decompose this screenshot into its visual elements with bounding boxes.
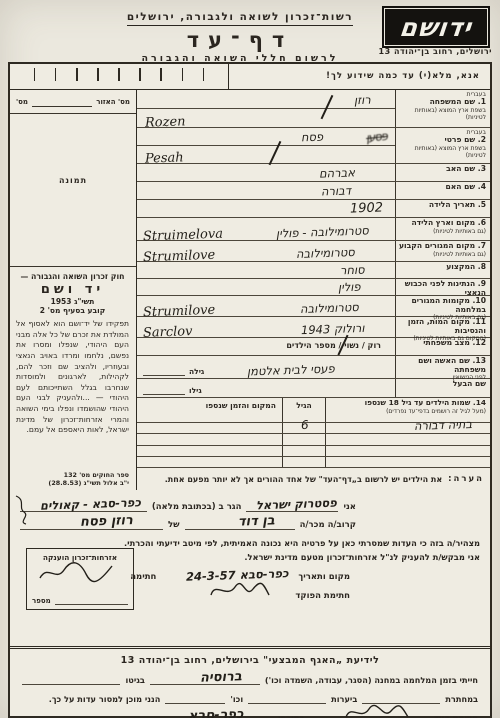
declaration-section: אני פסטרוק ישראל הגר ב (בכתובת מלאה) כפר… <box>10 490 490 646</box>
field-birth-date: 5. תאריך הלידה 1902 <box>137 200 490 218</box>
form-body: אנא, מלא(י) עד כמה שידוע לך! בעברית <box>8 62 492 718</box>
family-name-label: 1. שם המשפחה <box>398 98 486 107</box>
profession-label: 8. המקצוע <box>398 263 486 272</box>
fields-and-sidebar: בעברית 1. שם המשפחה בשפת ארץ המוצא (באות… <box>10 90 490 490</box>
camp-line: חייתי בזמן המלחמה במחנה (הסגר, עבודה, הש… <box>22 675 478 685</box>
field-marital-status: 12. מצב משפחתי רוק / נשוי / מספר הילדים <box>137 338 490 356</box>
husband-age-label: גילו <box>189 386 202 395</box>
residence-label: הגר ב (בכתובת מלאה) <box>152 502 242 512</box>
law-body-text: תפקידו של יד־ושם הוא לאסוף אל המולדת את … <box>16 319 129 436</box>
blank-line: רוזן פסח <box>20 519 163 530</box>
granted-number-row: מספר <box>32 596 128 605</box>
wife-age-blank: גילה <box>143 367 204 376</box>
write-line: רוק / נשוי / מספר הילדים <box>137 338 395 355</box>
write-line: סוחר <box>137 262 395 278</box>
form-header: ידושם ירושלים, רחוב בן־יהודה 13 רשות־זכר… <box>0 0 500 62</box>
crossed-out-word: פסען <box>366 130 387 145</box>
marital-status-options: רוק / נשוי / מספר הילדים <box>286 341 381 350</box>
write-line: ורולוק 1943 Sarclov <box>137 317 395 337</box>
camp-handwriting: ברוסיה <box>200 669 242 685</box>
fill-prompt: אנא, מלא(י) עד כמה שידוע לך! <box>229 64 490 89</box>
underground-label: במחתרת <box>445 694 478 704</box>
official-signature-label: חתימת הפוקד <box>295 591 350 601</box>
place-column-header: המקום והזמן שנספו <box>137 398 282 422</box>
law-reference: ספר החוקים מס' 132 י"ב אלול תשי"ג (28.8.… <box>16 471 129 487</box>
children-row <box>137 434 490 445</box>
blank-line <box>143 386 185 395</box>
blank-line <box>248 694 326 704</box>
birth-place-label: 6. מקום וארץ הלידה <box>398 219 486 228</box>
field-mother-name: 4. שם האם דבורה <box>137 182 490 200</box>
write-line: רוזן <box>137 90 395 109</box>
witness-bottom-signature-scribble <box>341 702 413 718</box>
bottom-heading: לידיעת „האגף המבצעי" בירושלים, רחוב בן־י… <box>22 655 478 666</box>
number-suffix-label: מס' <box>16 98 28 106</box>
tick-mark <box>76 68 78 81</box>
blank-line <box>22 675 120 685</box>
top-row: אנא, מלא(י) עד כמה שידוע לך! <box>10 64 490 90</box>
region-number-label: מס' האזור <box>96 98 130 106</box>
relation-line: קרוב/ה מכר/ה בן דוד של רוזן פסח <box>20 519 356 530</box>
sidebar-column: מס' האזור מס' תמונה חוק זכרון השואה והגב… <box>10 90 137 490</box>
field-label-cell: בעברית 1. שם המשפחה בשפת ארץ המוצא (באות… <box>395 90 490 127</box>
field-first-name: בעברית 2. שם פרטי בשפת ארץ המוצא (באותיו… <box>137 128 490 164</box>
yad-vashem-logo: ידושם <box>382 6 490 48</box>
law-excerpt-box: חוק זכרון השואה והגבורה — יד ושם תשי"ג 1… <box>10 267 136 490</box>
wife-age-label: גילה <box>189 367 204 376</box>
blank-line: פסטרוק ישראל <box>246 501 338 512</box>
write-line: 1902 <box>137 200 395 217</box>
logo-address: ירושלים, רחוב בן־יהודה 13 <box>379 47 492 56</box>
witness-signature-line: חתימת העד כתובתי כפר-סבא <box>22 713 478 718</box>
law-name: יד ושם <box>16 282 129 297</box>
law-year: תשי"ג 1953 <box>16 297 129 306</box>
law-ref-number: ספר החוקים מס' 132 <box>16 471 129 479</box>
residence-label: 7. מקום המגורים הקבוע <box>398 242 486 251</box>
blank-line: בן דוד <box>185 519 295 530</box>
write-line: סטרומילובה Strumilove <box>137 241 395 261</box>
witness-signature-label: חתימת העד <box>434 713 478 718</box>
relation-handwriting: בן דוד <box>238 513 275 529</box>
my-address-handwriting: כפר-סבא <box>187 707 243 718</box>
blank-line: כפר-סבא <box>22 713 273 718</box>
law-title: חוק זכרון השואה והגבורה — <box>16 272 129 281</box>
logo-text: ידושם <box>398 13 474 42</box>
mother-name-label: 4. שם האם <box>398 183 486 192</box>
write-line: סטרומילובה Strumilove <box>137 296 395 316</box>
nationality-label: 9. הנתינות לפני הכבוש הנאצי <box>398 280 486 297</box>
profession-handwriting: סוחר <box>340 263 365 278</box>
photo-box: תמונה <box>10 114 136 267</box>
marital-status-label: 12. מצב משפחתי <box>398 339 486 348</box>
blank-line <box>309 713 429 718</box>
residence-hebrew-handwriting: סטרומילובה <box>296 245 355 261</box>
note-text: את הילדים יש לרשום ב„דף־העד" של אחד ההור… <box>165 475 442 484</box>
subject-name-handwriting: רוזן פסח <box>80 513 133 530</box>
husband-name-label: שם הבעל <box>398 380 486 389</box>
place-date-label: מקום ותאריך <box>298 572 350 582</box>
wartime-residence-label: 10. מקומות המגורים במלחמה <box>398 297 486 314</box>
law-ref-date: י"ב אלול תשי"ג (28.8.53) <box>16 479 129 487</box>
child-age-handwriting: 6 <box>301 418 309 432</box>
birth-place-hebrew-handwriting: סטרומילובה - פולין <box>276 223 369 240</box>
father-name-handwriting: אברהם <box>319 165 355 180</box>
tick-mark <box>55 68 57 81</box>
declarant-i-label: אני <box>343 502 356 512</box>
children-table: 14. שמות הילדים עד גיל 18 שנספו (מעל לגי… <box>137 398 490 467</box>
field-wife-name: 13. שם האשה ושם משפחתה לפני הנישואין פעס… <box>137 356 490 379</box>
of-label: של <box>168 520 180 530</box>
tick-mark <box>139 68 141 81</box>
pen-mark <box>12 492 30 526</box>
authority-line: רשות־זכרון לשואה ולגבורה, ירושלים <box>127 11 353 26</box>
birth-date-handwriting: 1902 <box>350 200 384 216</box>
write-line: Rozen <box>137 109 395 127</box>
relation-label: קרוב/ה מכר/ה <box>300 520 356 530</box>
write-line: אברהם <box>137 164 395 181</box>
father-name-label: 3. שם האב <box>398 165 486 174</box>
fields-column: בעברית 1. שם המשפחה בשפת ארץ המוצא (באות… <box>137 90 490 490</box>
field-nationality: 9. הנתינות לפני הכבוש הנאצי פולין <box>137 279 490 296</box>
wartime-residence-hebrew-handwriting: סטרומילובה <box>300 300 359 316</box>
photo-label: תמונה <box>10 176 136 185</box>
write-line: פולין <box>137 279 395 295</box>
residence-handwriting: כפר-סבא - קאולים <box>40 495 141 513</box>
tick-mark <box>203 68 205 81</box>
field-wartime-residence: 10. מקומות המגורים במלחמה (גם באותיות לט… <box>137 296 490 317</box>
write-line: סטרומילובה - פולין Struimelova <box>137 218 395 240</box>
first-name-hebrew-handwriting: פסח <box>301 130 324 145</box>
blank-line <box>143 367 185 376</box>
tick-mark <box>97 68 99 81</box>
tick-mark <box>34 68 36 81</box>
field-place-of-death: 11. מקום המות, הזמן והנסיבות (המקום גם ב… <box>137 317 490 338</box>
husband-age-blank: גילו <box>143 386 202 395</box>
write-line: Pesah <box>137 146 395 163</box>
blank-line: כפר-סבא - קאולים <box>20 501 147 512</box>
write-line: פעסי לבית אלטמן גילה <box>137 356 395 378</box>
ghetto-label: בגיטו <box>125 675 144 685</box>
latin-note-sublabel: (גם באותיות לטיניות) <box>398 228 486 235</box>
child-name-handwriting: בתיה דבורה <box>414 417 472 433</box>
place-of-death-label: 11. מקום המות, הזמן והנסיבות <box>398 318 486 335</box>
granted-number-label: מספר <box>32 597 51 605</box>
declarant-name-handwriting: פסטרוק ישראל <box>255 496 336 513</box>
tick-mark <box>118 68 120 81</box>
testify-text: הנני מוכן למסור עדות על כך. <box>49 694 161 704</box>
field-family-name: בעברית 1. שם המשפחה בשפת ארץ המוצא (באות… <box>137 90 490 128</box>
page-of-testimony-form: ידושם ירושלים, רחוב בן־יהודה 13 רשות־זכר… <box>0 0 500 718</box>
blank-line <box>55 596 128 605</box>
page-title: דף־עד <box>110 28 370 52</box>
wife-name-handwriting: פעסי לבית אלטמן <box>247 361 335 378</box>
birth-date-label: 5. תאריך הלידה <box>398 201 486 210</box>
tick-mark <box>160 68 162 81</box>
header-titles: רשות־זכרון לשואה ולגבורה, ירושלים דף־עד … <box>110 5 370 64</box>
granted-title: אזרחות־זכרון הוענקה <box>32 553 128 562</box>
official-signature-scribble <box>205 579 275 603</box>
children-row: בתיה דבורה 6 <box>137 423 490 434</box>
first-name-label: 2. שם פרטי <box>398 136 486 145</box>
field-husband-name: שם הבעל גילו <box>137 379 490 398</box>
law-clause: קובע בסעיף מס' 2 <box>16 306 129 315</box>
origin-script-sublabel: בשפת ארץ המוצא (באותיות לטיניות) <box>398 107 486 121</box>
family-name-hebrew-handwriting: רוזן <box>354 93 371 108</box>
declarant-line: אני פסטרוק ישראל הגר ב (בכתובת מלאה) כפר… <box>20 501 356 512</box>
mother-name-handwriting: דבורה <box>321 183 352 198</box>
blank-line <box>165 694 225 704</box>
region-number-row: מס' האזור מס' <box>10 90 136 114</box>
card-number-tick-strip <box>10 64 229 89</box>
field-label-cell: בעברית 2. שם פרטי בשפת ארץ המוצא (באותיו… <box>395 128 490 163</box>
children-title-sub: (מעל לגיל זה רושמים בדפי־עד נפרדים) <box>328 408 486 415</box>
field-profession: 8. המקצוע סוחר <box>137 262 490 279</box>
latin-note-sublabel: (גם באותיות לטיניות) <box>398 251 486 258</box>
write-line: דבורה <box>137 182 395 199</box>
etc-label: וכו' <box>230 694 243 704</box>
write-line: גילו <box>137 379 395 397</box>
field-permanent-residence: 7. מקום המגורים הקבוע (גם באותיות לטיניו… <box>137 241 490 262</box>
tick-mark <box>182 68 184 81</box>
memorial-citizenship-granted-box: אזרחות־זכרון הוענקה מספר <box>26 548 134 610</box>
death-place-hebrew-handwriting: ורולוק 1943 <box>301 321 365 337</box>
field-birth-place: 6. מקום וארץ הלידה (גם באותיות לטיניות) … <box>137 218 490 241</box>
field-father-name: 3. שם האב אברהם <box>137 164 490 182</box>
first-name-entry: פסען פסח Pesah <box>137 128 395 163</box>
note-label: הערה: <box>448 474 484 484</box>
note-row: הערה: את הילדים יש לרשום ב„דף־העד" של אח… <box>137 467 490 490</box>
origin-script-sublabel: בשפת ארץ המוצא (באותיות לטיניות) <box>398 145 486 159</box>
children-title: 14. שמות הילדים עד גיל 18 שנספו <box>328 399 486 408</box>
blank-line <box>32 97 92 107</box>
wife-name-label: 13. שם האשה ושם משפחתה <box>398 357 486 374</box>
my-address-label: כתובתי <box>278 713 304 718</box>
blank-line: ברוסיה <box>150 675 260 685</box>
nationality-handwriting: פולין <box>338 280 361 295</box>
family-name-entry: רוזן Rozen <box>137 90 395 127</box>
children-row <box>137 446 490 457</box>
operational-division-section: לידיעת „האגף המבצעי" בירושלים, רחוב בן־י… <box>10 646 490 718</box>
camp-label: חייתי בזמן המלחמה במחנה (הסגר, עבודה, הש… <box>265 675 478 685</box>
signature-label: חתימה <box>130 572 156 582</box>
write-line: פסען פסח <box>137 128 395 146</box>
children-row <box>137 457 490 467</box>
